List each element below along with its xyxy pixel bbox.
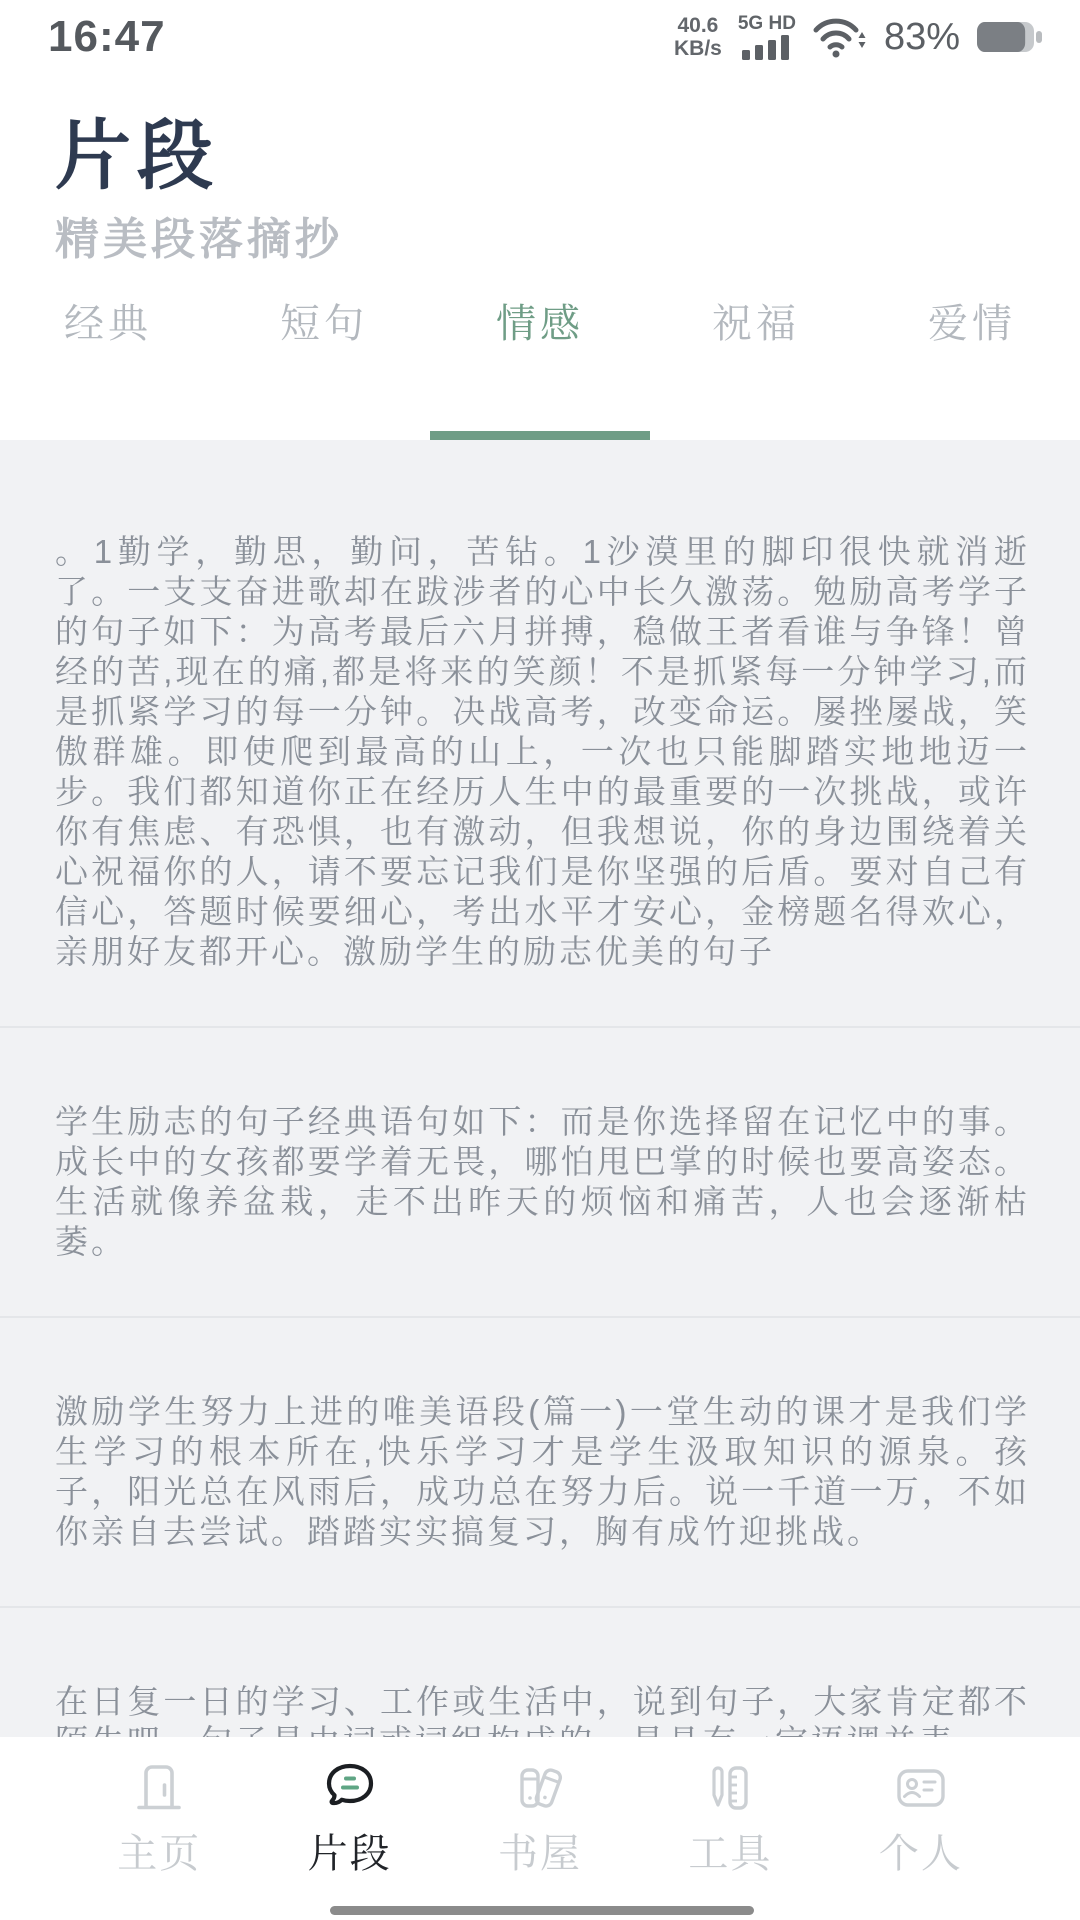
pencil-ruler-icon <box>700 1759 760 1819</box>
snippet-list: 。1勤学，勤思，勤问，苦钻。1沙漠里的脚印很快就消逝了。一支支奋进歌却在跋涉者的… <box>0 440 1080 1737</box>
page-title: 片段 <box>55 118 1080 194</box>
battery-percent-label: 83% <box>884 16 960 59</box>
home-indicator-bar[interactable] <box>330 1906 754 1915</box>
nav-label-profile: 个人 <box>879 1833 963 1875</box>
speech-bubble-icon <box>320 1759 380 1819</box>
page-header: 片段 精美段落摘抄 <box>0 118 1080 262</box>
clock: 16:47 <box>48 12 166 62</box>
nav-item-home[interactable]: 主页 <box>64 1759 254 1920</box>
nav-label-bookhouse: 书屋 <box>498 1833 582 1875</box>
nav-item-tools[interactable]: 工具 <box>635 1759 825 1920</box>
network-speed-unit: KB/s <box>674 37 722 60</box>
nav-label-tools: 工具 <box>688 1833 772 1875</box>
page-subtitle: 精美段落摘抄 <box>55 218 1080 262</box>
wifi-icon <box>812 14 868 60</box>
network-speed-value: 40.6 <box>677 14 718 37</box>
snippet-text: 在日复一日的学习、工作或生活中，说到句子，大家肯定都不陌生吧，句子是由词或词组构… <box>55 1682 1030 1737</box>
signal-bars-icon <box>742 34 792 60</box>
active-tab-indicator <box>430 431 650 440</box>
tab-short-sentence[interactable]: 短句 <box>216 300 432 346</box>
snippet-text: 激励学生努力上进的唯美语段(篇一)一堂生动的课才是我们学生学习的根本所在,快乐学… <box>55 1392 1030 1552</box>
tab-love[interactable]: 爱情 <box>864 300 1080 346</box>
nav-label-home: 主页 <box>117 1833 201 1875</box>
snippet-text: 。1勤学，勤思，勤问，苦钻。1沙漠里的脚印很快就消逝了。一支支奋进歌却在跋涉者的… <box>55 532 1030 972</box>
battery-icon <box>976 19 1042 55</box>
app-screen: 16:47 40.6 KB/s 5G HD <box>0 0 1080 1920</box>
door-icon <box>129 1759 189 1819</box>
books-icon <box>510 1759 570 1819</box>
nav-item-profile[interactable]: 个人 <box>826 1759 1016 1920</box>
snippet-card[interactable]: 学生励志的句子经典语句如下：而是你选择留在记忆中的事。成长中的女孩都要学着无畏，… <box>0 1028 1080 1316</box>
snippet-card[interactable]: 激励学生努力上进的唯美语段(篇一)一堂生动的课才是我们学生学习的根本所在,快乐学… <box>0 1318 1080 1606</box>
network-speed: 40.6 KB/s <box>674 14 722 60</box>
nav-item-snippets[interactable]: 片段 <box>254 1759 444 1920</box>
category-tab-bar: 经典 短句 情感 祝福 爱情 <box>0 300 1080 440</box>
network-type-label: 5G HD <box>738 14 796 34</box>
status-bar: 16:47 40.6 KB/s 5G HD <box>0 0 1080 70</box>
nav-item-bookhouse[interactable]: 书屋 <box>445 1759 635 1920</box>
tab-classic[interactable]: 经典 <box>0 300 216 346</box>
tab-blessing[interactable]: 祝福 <box>648 300 864 346</box>
tab-emotion[interactable]: 情感 <box>432 300 648 346</box>
cellular-signal: 5G HD <box>738 14 796 60</box>
snippet-card[interactable]: 在日复一日的学习、工作或生活中，说到句子，大家肯定都不陌生吧，句子是由词或词组构… <box>0 1608 1080 1737</box>
snippet-text: 学生励志的句子经典语句如下：而是你选择留在记忆中的事。成长中的女孩都要学着无畏，… <box>55 1102 1030 1262</box>
nav-label-snippets: 片段 <box>308 1833 392 1875</box>
status-icons-cluster: 40.6 KB/s 5G HD 83% <box>674 8 1042 66</box>
snippet-card[interactable]: 。1勤学，勤思，勤问，苦钻。1沙漠里的脚印很快就消逝了。一支支奋进歌却在跋涉者的… <box>0 440 1080 1026</box>
id-card-icon <box>891 1759 951 1819</box>
bottom-nav-bar: 主页 片段 书屋 <box>0 1737 1080 1920</box>
